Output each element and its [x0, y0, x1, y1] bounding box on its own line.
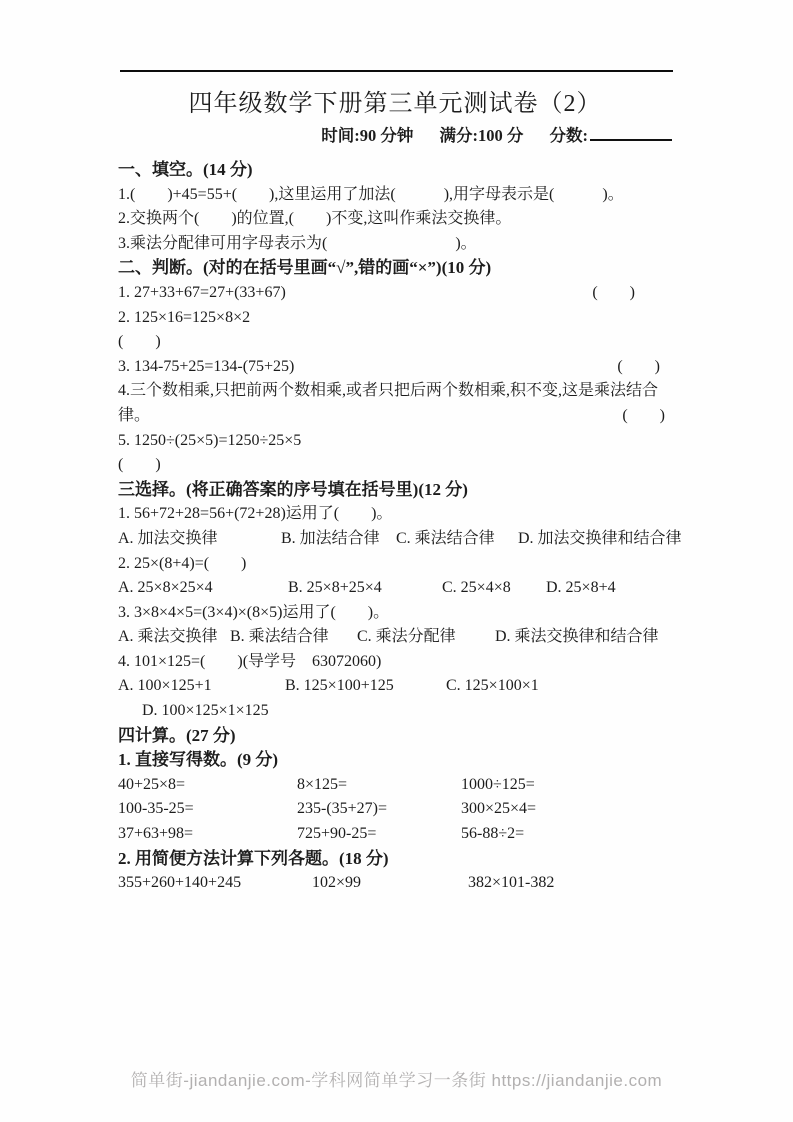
- choice-q1: 1. 56+72+28=56+(72+28)运用了( )。: [118, 502, 672, 527]
- exam-meta: 时间:90 分钟 满分:100 分 分数:: [118, 124, 672, 148]
- calc-row-3: 37+63+98= 725+90-25= 56-88÷2=: [118, 822, 672, 847]
- section-judge-heading: 二、判断。(对的在括号里画“√”,错的画“×”)(10 分): [118, 256, 672, 281]
- choice-q2-options: A. 25×8×25×4 B. 25×8+25×4 C. 25×4×8 D. 2…: [118, 576, 672, 601]
- calc-simple-row: 355+260+140+245 102×99 382×101-382: [118, 871, 672, 896]
- option-c: C. 乘法结合律: [396, 527, 514, 552]
- paper-content: 四年级数学下册第三单元测试卷（2） 时间:90 分钟 满分:100 分 分数: …: [118, 88, 672, 896]
- calc-expression: 1000÷125=: [461, 773, 535, 798]
- option-c: C. 25×4×8: [442, 576, 542, 601]
- option-a: A. 100×125+1: [118, 674, 281, 699]
- answer-bracket: ( ): [617, 355, 660, 380]
- answer-bracket: ( ): [118, 330, 672, 355]
- calc-expression: 100-35-25=: [118, 797, 293, 822]
- choice-q4-option-d: D. 100×125×1×125: [118, 699, 672, 724]
- calc-row-1: 40+25×8= 8×125= 1000÷125=: [118, 773, 672, 798]
- section-fill-heading: 一、填空。(14 分): [118, 158, 672, 183]
- option-d: D. 25×8+4: [546, 576, 616, 601]
- score-blank: [590, 137, 672, 141]
- meta-time: 时间:90 分钟: [321, 126, 413, 145]
- calc-expression: 382×101-382: [468, 871, 554, 896]
- answer-bracket: ( ): [592, 281, 635, 306]
- calc-expression: 725+90-25=: [297, 822, 457, 847]
- calc-expression: 37+63+98=: [118, 822, 293, 847]
- judge-q4-text: 律。: [118, 404, 150, 429]
- section-calc-heading: 四计算。(27 分): [118, 724, 672, 749]
- choice-q4-options: A. 100×125+1 B. 125×100+125 C. 125×100×1: [118, 674, 672, 699]
- option-a: A. 加法交换律: [118, 527, 277, 552]
- calc-expression: 300×25×4=: [461, 797, 536, 822]
- judge-q1-text: 1. 27+33+67=27+(33+67): [118, 281, 286, 306]
- judge-q3: 3. 134-75+25=134-(75+25) ( ): [118, 355, 672, 380]
- section-choice-heading: 三选择。(将正确答案的序号填在括号里)(12 分): [118, 478, 672, 503]
- option-b: B. 125×100+125: [285, 674, 442, 699]
- fill-q3: 3.乘法分配律可用字母表示为( )。: [118, 232, 672, 257]
- calc-expression: 355+260+140+245: [118, 871, 308, 896]
- choice-q3: 3. 3×8×4×5=(3×4)×(8×5)运用了( )。: [118, 601, 672, 626]
- calc-row-2: 100-35-25= 235-(35+27)= 300×25×4=: [118, 797, 672, 822]
- test-paper-page: 四年级数学下册第三单元测试卷（2） 时间:90 分钟 满分:100 分 分数: …: [0, 0, 793, 1122]
- answer-bracket: ( ): [622, 404, 665, 429]
- meta-full-score: 满分:100 分: [440, 126, 524, 145]
- choice-q2: 2. 25×(8+4)=( ): [118, 552, 672, 577]
- calc-sub2-heading: 2. 用简便方法计算下列各题。(18 分): [118, 847, 672, 872]
- calc-expression: 102×99: [312, 871, 464, 896]
- judge-q4-line1: 4.三个数相乘,只把前两个数相乘,或者只把后两个数相乘,积不变,这是乘法结合: [118, 379, 672, 404]
- choice-q4: 4. 101×125=( )(导学号 63072060): [118, 650, 672, 675]
- calc-expression: 8×125=: [297, 773, 457, 798]
- option-a: A. 乘法交换律: [118, 625, 226, 650]
- judge-q3-text: 3. 134-75+25=134-(75+25): [118, 355, 294, 380]
- judge-q5: 5. 1250÷(25×5)=1250÷25×5: [118, 429, 672, 454]
- option-c: C. 125×100×1: [446, 674, 539, 699]
- option-b: B. 25×8+25×4: [288, 576, 438, 601]
- page-title: 四年级数学下册第三单元测试卷（2）: [118, 88, 672, 120]
- answer-bracket: ( ): [118, 453, 672, 478]
- choice-q3-options: A. 乘法交换律 B. 乘法结合律 C. 乘法分配律 D. 乘法交换律和结合律: [118, 625, 672, 650]
- option-d: D. 乘法交换律和结合律: [495, 625, 659, 650]
- option-b: B. 加法结合律: [281, 527, 392, 552]
- calc-sub1-heading: 1. 直接写得数。(9 分): [118, 748, 672, 773]
- calc-expression: 235-(35+27)=: [297, 797, 457, 822]
- calc-expression: 56-88÷2=: [461, 822, 524, 847]
- fill-q1: 1.( )+45=55+( ),这里运用了加法( ),用字母表示是( )。: [118, 183, 672, 208]
- option-c: C. 乘法分配律: [357, 625, 491, 650]
- fill-q2: 2.交换两个( )的位置,( )不变,这叫作乘法交换律。: [118, 207, 672, 232]
- option-b: B. 乘法结合律: [230, 625, 353, 650]
- judge-q4-line2: 律。 ( ): [118, 404, 672, 429]
- judge-q2: 2. 125×16=125×8×2: [118, 306, 672, 331]
- option-d: D. 加法交换律和结合律: [518, 527, 682, 552]
- option-a: A. 25×8×25×4: [118, 576, 284, 601]
- choice-q1-options: A. 加法交换律 B. 加法结合律 C. 乘法结合律 D. 加法交换律和结合律: [118, 527, 672, 552]
- header-rule: [120, 70, 673, 72]
- calc-expression: 40+25×8=: [118, 773, 293, 798]
- footer-credit: 简单街-jiandanjie.com-学科网简单学习一条街 https://ji…: [0, 1066, 793, 1091]
- meta-score-label: 分数:: [550, 126, 589, 145]
- judge-q1: 1. 27+33+67=27+(33+67) ( ): [118, 281, 672, 306]
